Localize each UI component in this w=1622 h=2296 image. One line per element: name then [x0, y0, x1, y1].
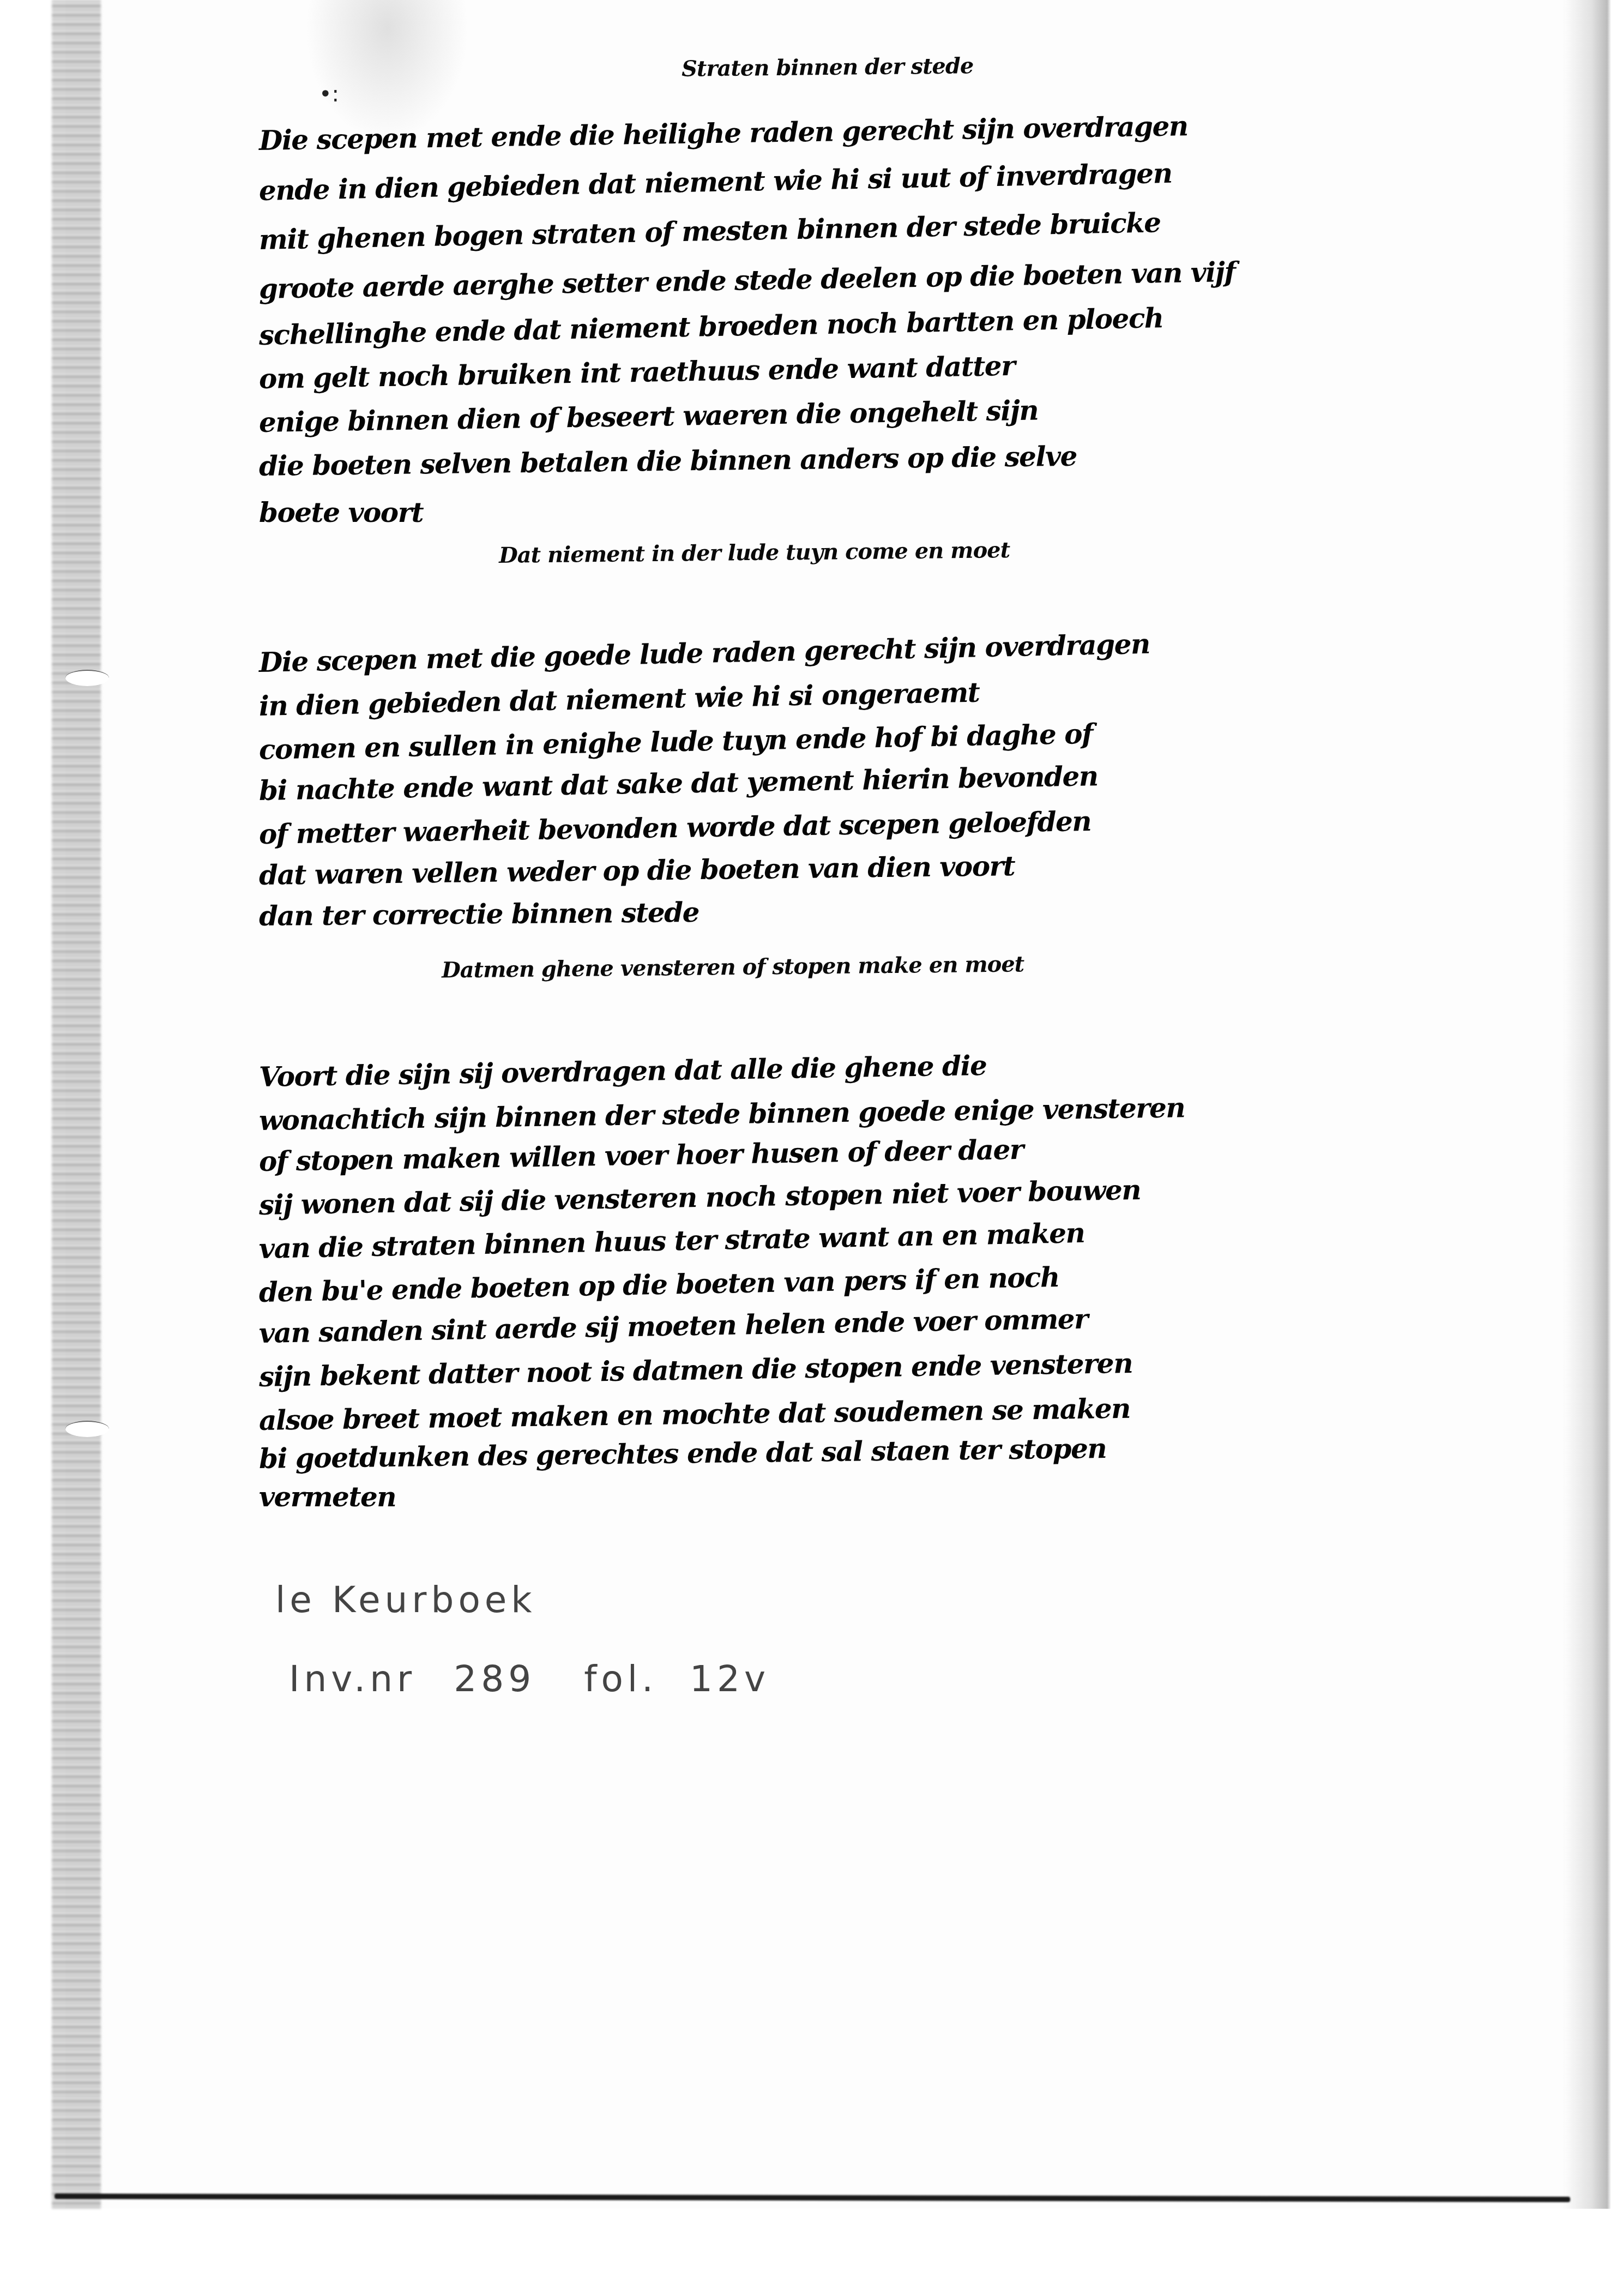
- page-left-edge-stain: [52, 0, 101, 2209]
- folio-label: fol.: [584, 1658, 658, 1700]
- pencil-annotation-reference: Inv.nr 289 fol. 12v: [289, 1658, 770, 1700]
- folio-number: 12v: [690, 1658, 770, 1700]
- pencil-annotation-title: le Keurboek: [275, 1579, 536, 1621]
- inventory-number: 289: [454, 1658, 535, 1700]
- section-heading: Straten binnen der stede: [682, 53, 974, 82]
- punch-hole: [65, 670, 109, 686]
- top-stain: [305, 0, 469, 142]
- inventory-label: Inv.nr: [289, 1658, 416, 1700]
- punch-hole: [65, 1421, 109, 1437]
- section-heading: Dat niement in der lude tuyn come en moe…: [499, 537, 1010, 568]
- text-line: dan ter correctie binnen stede: [259, 896, 699, 932]
- page-right-edge-shadow: [1562, 0, 1611, 2209]
- text-line: vermeten: [259, 1481, 396, 1513]
- text-line: boete voort: [259, 496, 423, 528]
- corner-marks: •:: [319, 82, 339, 107]
